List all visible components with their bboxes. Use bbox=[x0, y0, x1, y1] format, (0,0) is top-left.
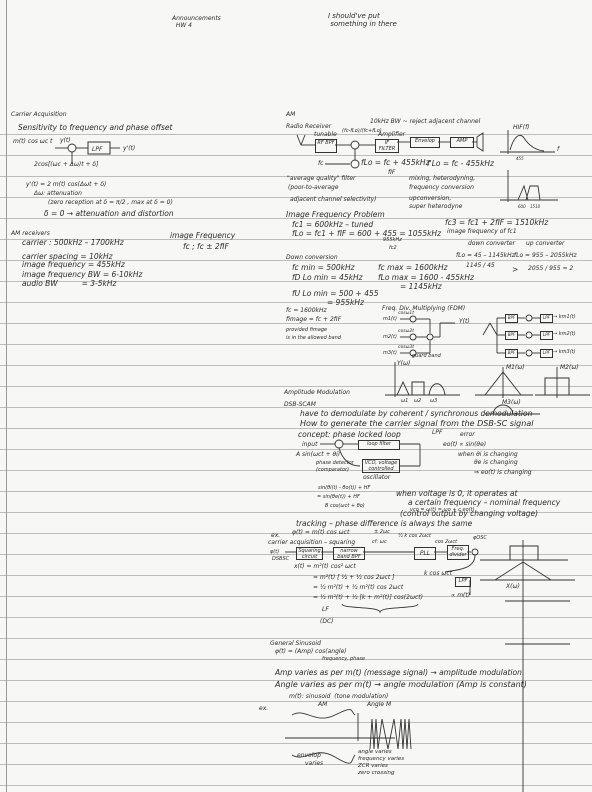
fdm-bpf-2: BPF bbox=[505, 331, 518, 340]
sinusoid-eq: φ(t) = (Amp) cos(angle) bbox=[275, 648, 347, 655]
dc-b3: provided fimage bbox=[286, 327, 327, 334]
lf-label: LF bbox=[322, 606, 329, 613]
dc-label: (DC) bbox=[320, 618, 334, 625]
vco-block: VCO, voltage controlled bbox=[362, 459, 400, 473]
when-2: θe is changing bbox=[474, 459, 518, 466]
sinusoid-l1: Amp varies as per m(t) (message signal) … bbox=[275, 668, 522, 677]
ratio-uc: 2055 / 955 ≈ 2 bbox=[528, 265, 573, 272]
w2-label: ω2 bbox=[414, 398, 421, 405]
pd-eq-3: B cos(ωct + θo) bbox=[325, 503, 365, 510]
down-converter-label: down converter bbox=[468, 240, 515, 247]
image-r1: fc3 = fc1 + 2fIF = 1510kHz bbox=[445, 218, 548, 227]
error-label: error bbox=[460, 431, 475, 438]
sq-e2: = m²(t) [ ½ + ½ cos 2ωct ] bbox=[313, 574, 395, 581]
zcr-varies: ZCR varies bbox=[358, 763, 388, 770]
kcos-label: k cos ωct bbox=[424, 570, 452, 577]
x-omega-label: X(ω) bbox=[506, 583, 520, 590]
fdm-o2: → km2(t) bbox=[553, 331, 576, 338]
pll-lpf-label: LPF bbox=[432, 429, 442, 436]
am-recv-line: carrier : 500kHz – 1700kHz bbox=[22, 238, 124, 247]
zero-crossing: zero crossing bbox=[358, 770, 395, 777]
flo-eq: fLo = fc + 455kHz bbox=[361, 158, 430, 167]
general-sinusoid-title: General Sinusoid bbox=[270, 640, 321, 647]
image-problem-title: Image Frequency Problem bbox=[286, 210, 385, 219]
phi-eq: φ(t) = m(t) cos ωct bbox=[292, 529, 349, 536]
lpf-label: LPF bbox=[92, 146, 102, 153]
loop-filter-block: loop filter bbox=[358, 440, 400, 450]
hif-tick: 455 bbox=[516, 155, 524, 162]
section-title-carrier-acquisition: Carrier Acquisition bbox=[11, 111, 67, 118]
mixing-note-2: frequency conversion bbox=[409, 184, 474, 191]
oscillator-label: oscillator bbox=[363, 474, 390, 481]
fdm-yt: Y(t) bbox=[459, 318, 470, 325]
am-recv-line: image frequency = 455kHz bbox=[22, 260, 125, 269]
radio-receiver-title: Radio Receiver bbox=[286, 123, 331, 130]
carrier-l2: (zero reception at δ = π/2 , max at δ = … bbox=[48, 199, 173, 206]
dc-b4: is in the allowed band bbox=[286, 335, 341, 342]
pll-input-label: input bbox=[302, 441, 317, 448]
eo-eq: eo(t) ∝ sin(θe) bbox=[443, 441, 486, 448]
angle-varies: angle varies bbox=[358, 749, 392, 756]
m1-omega-label: M1(ω) bbox=[506, 364, 525, 371]
dc-b1: fc = 1600kHz bbox=[286, 307, 327, 314]
image-l3: 955kHz bbox=[383, 237, 402, 244]
fc-label: fc bbox=[318, 160, 323, 167]
am-recv-line: image frequency BW = 6-10kHz bbox=[22, 270, 142, 279]
w3-label: ω3 bbox=[430, 398, 437, 405]
dc-range: fLo = 45 – 1145kHz bbox=[456, 252, 515, 259]
am-recv-line: audio BW = 3-5kHz bbox=[22, 279, 116, 288]
image-l1: fc1 = 600kHz – tuned bbox=[292, 220, 373, 229]
dsb-scam-label: DSB-SCAM bbox=[284, 401, 316, 408]
brace bbox=[340, 602, 420, 614]
voltage-note-4: (control output by changing voltage) bbox=[400, 509, 538, 518]
dc-b2: fimage = fc + 2fIF bbox=[286, 316, 341, 323]
fdm-bpf-3: BPF bbox=[505, 349, 518, 358]
x-omega-plot bbox=[480, 540, 590, 792]
local-osc: 2cos[(ωc + Δω)t + δ] bbox=[34, 161, 98, 168]
amplitude-mod-title: Amplitude Modulation bbox=[284, 389, 350, 396]
fdm-o3: → km3(t) bbox=[553, 349, 576, 356]
w1-label: ω1 bbox=[401, 398, 408, 405]
when-3: ⇒ eo(t) is changing bbox=[474, 469, 532, 476]
image-l4: fc2 bbox=[389, 245, 397, 252]
freq-phase-label: frequency, phase bbox=[322, 656, 365, 663]
gt-symbol: > bbox=[512, 265, 518, 274]
dc-l2: fD Lo min = 45kHz bbox=[292, 273, 363, 282]
image-l2: fLo = fc1 + fIF = 600 + 455 = 1055kHz bbox=[292, 229, 441, 238]
spec-tick: 1510 bbox=[530, 203, 540, 210]
dc-l4: = 955kHz bbox=[327, 298, 364, 307]
k-label: ½ k cos 2ωct bbox=[398, 533, 431, 540]
fdm-lpf-3: LPF bbox=[540, 349, 553, 358]
sq-e3: = ½ m²(t) + ½ m²(t) cos 2ωct bbox=[313, 584, 403, 591]
quality-note: "average quality" filter bbox=[287, 175, 355, 182]
mixing-note: mixing, heterodyning, bbox=[409, 175, 475, 182]
c2w-label: ± 2ωc bbox=[374, 529, 390, 536]
quality-note-2: (poor-to-average bbox=[288, 184, 339, 191]
upconv-note: upconversion, bbox=[409, 195, 451, 202]
cos2-label: cos 2ωct bbox=[435, 539, 457, 546]
spec-tick: 600 bbox=[518, 203, 526, 210]
carrier-output: y'(t) bbox=[123, 145, 135, 152]
phase-detector-label: phase detector (comparator) bbox=[316, 460, 356, 474]
sinusoid-l3: m(t): sinusoid (tone modulation) bbox=[289, 693, 388, 700]
voltage-note-2: a certain frequency – nominal frequency bbox=[408, 498, 560, 507]
pd-eq-2: = sin(θe(t)) + HF bbox=[317, 494, 360, 501]
ex-label-2: ex. bbox=[259, 705, 268, 712]
when-1: when θi is changing bbox=[458, 451, 518, 458]
fdm-bpf-1: BPF bbox=[505, 314, 518, 323]
carrier-subtitle: Sensitivity to frequency and phase offse… bbox=[18, 123, 172, 132]
sq-e1: x(t) = m²(t) cos² ωct bbox=[294, 563, 356, 570]
prop-m-label: ∝ m(t) bbox=[451, 592, 470, 599]
ex-label: ex. bbox=[271, 532, 280, 539]
y-omega-label: Y(ω) bbox=[397, 360, 410, 367]
up-converter-label: up converter bbox=[526, 240, 565, 247]
envelope-label: envelop bbox=[297, 752, 321, 759]
f-axis: f bbox=[557, 146, 559, 153]
frequency-varies: frequency varies bbox=[358, 756, 404, 763]
fdm-lpf-1: LPF bbox=[540, 314, 553, 323]
bw-note: 10kHz BW ~ reject adjacent channel bbox=[370, 118, 480, 125]
margin-note: I should've put something in there bbox=[328, 12, 397, 28]
ratio-dc: 1145 / 45 bbox=[466, 262, 495, 269]
dc-l1: fc min = 500kHz bbox=[292, 263, 355, 272]
carrier-l3: δ = 0 → attenuation and distortion bbox=[44, 209, 174, 218]
voltage-note-1: when voltage is 0, it operates at bbox=[396, 489, 517, 498]
am-l2: How to generate the carrier signal from … bbox=[300, 419, 533, 429]
m3-omega-label: M3(ω) bbox=[502, 399, 521, 406]
section-title-am: AM bbox=[286, 111, 295, 118]
mult-out-label: y(t) bbox=[60, 137, 71, 144]
phi-in: φ(t) bbox=[270, 549, 279, 556]
tracking-note: tracking – phase difference is always th… bbox=[296, 519, 472, 528]
image-freq-title: image Frequency bbox=[170, 231, 235, 240]
carrier-eq: y'(t) = 2 m(t) cos(Δωt + δ) bbox=[26, 181, 106, 188]
am-l1: have to demodulate by coherent / synchro… bbox=[300, 409, 532, 418]
lpf-block: LPF bbox=[455, 577, 471, 587]
guard-band-label: guard band bbox=[412, 353, 441, 360]
fif-label: fIF bbox=[388, 169, 395, 176]
fdm-o1: → km1(t) bbox=[553, 314, 576, 321]
flo2-eq: f'Lo = fc - 455kHz bbox=[427, 159, 494, 168]
quality-note-3: adjacent channel selectivity) bbox=[290, 196, 377, 203]
section-title-am-receivers: AM receivers bbox=[11, 230, 50, 237]
superhet-note: super heterodyne bbox=[409, 203, 462, 210]
down-conv-title: Down conversion bbox=[286, 254, 338, 261]
image-freq-eq: fc ; fc ± 2fIF bbox=[183, 242, 229, 251]
pd-eq-1: sin(θi(t) - θo(t)) + HF bbox=[318, 485, 370, 492]
sq-e4: = ½ m²(t) + ½ [k + m²(t)] cos(2ωct) bbox=[313, 594, 423, 601]
uc-range: fLo = 955 – 2055kHz bbox=[514, 252, 577, 259]
dc-m1: fc max = 1600kHz bbox=[378, 263, 448, 272]
dc-l3: fU Lo min = 500 + 455 bbox=[292, 289, 379, 298]
announcements-note: Announcements HW 4 bbox=[172, 15, 221, 29]
dc-m2: fLo max = 1600 - 455kHz bbox=[378, 273, 474, 282]
notebook-page: Announcements HW 4 I should've put somet… bbox=[0, 0, 592, 792]
fdm-title: Freq. Div. Multiplying (FDM) bbox=[382, 305, 465, 312]
fdm-lpf-2: LPF bbox=[540, 331, 553, 340]
carrier-l1: Δω: attenuation bbox=[34, 190, 82, 197]
sinusoid-l2: Angle varies as per m(t) → angle modulat… bbox=[275, 680, 527, 690]
image-r2: image frequency of fc1 bbox=[447, 228, 517, 235]
margin-line bbox=[6, 0, 7, 792]
hif-plot bbox=[500, 130, 560, 210]
m2-omega-label: M2(ω) bbox=[560, 364, 579, 371]
envelope-varies-label: varies bbox=[305, 760, 323, 767]
dc-m3: = 1145kHz bbox=[400, 282, 442, 291]
